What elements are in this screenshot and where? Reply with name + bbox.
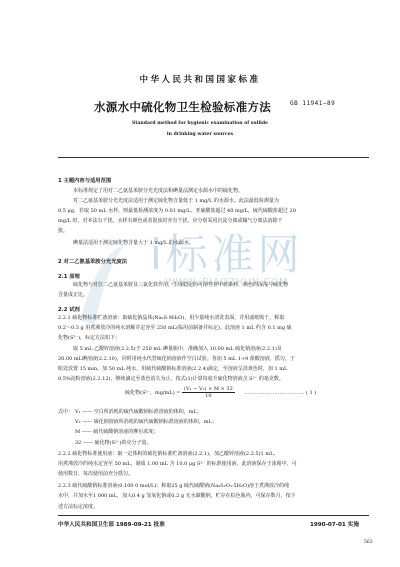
document-title: 水源水中硫化物卫生检验标准方法 bbox=[94, 99, 271, 115]
implementation-date: 1990-07-01 实施 bbox=[310, 520, 359, 528]
where-v1: V₁ —— 空白所消耗的硫代硫酸钠标准溶液的体积，mL； bbox=[75, 410, 202, 415]
formula-leader-dots: ……………………………… bbox=[244, 390, 304, 396]
section-2-1-heading: 2.1 原理 bbox=[58, 272, 80, 280]
paragraph: 暗处放置 15 min。加 50 mL 纯水，用硫代硫酸钠标准溶液(2.2.4)… bbox=[58, 367, 287, 372]
paragraph: 20.00 mL碘溶液(2.2.10)，同时用纯水代替硫化钠溶液作空白试验。各加… bbox=[58, 357, 295, 362]
section-2-2-heading: 2.2 试剂 bbox=[58, 305, 80, 313]
english-title-line1: Standard method for hygienic examination… bbox=[0, 121, 400, 126]
paragraph: 用煮沸放冷的纯水定容至 50 mL，制成 1.00 mL 含 10.0 μg S… bbox=[58, 462, 297, 467]
paragraph: 水中，并加水至1 000 mL，加入0.4 g 氢氧化钠或0.2 g 无水碳酸钠… bbox=[58, 494, 296, 499]
formula-denominator: 10 bbox=[182, 393, 235, 399]
paragraph: 含量成正比。 bbox=[58, 293, 88, 298]
paragraph: 化物(S²⁻)，标定方法如下： bbox=[58, 336, 120, 341]
paragraph: 取 5 mL 乙酸锌溶液(2.2.5)于 250 mL 碘量瓶中，准确加入 10… bbox=[73, 347, 282, 352]
section-2-heading: 2 对二乙氨基苯胺分光光度法 bbox=[58, 257, 127, 265]
paragraph: 述方法标定浓度。 bbox=[58, 505, 98, 510]
formula-lhs: 硫化物(S²⁻，mg/mL) = bbox=[125, 390, 180, 396]
where-32: 32 —— 硫化物(S²⁻)的克分子量。 bbox=[75, 441, 152, 446]
approval-line: 中华人民共和国卫生部 1989-09-21 批准 bbox=[58, 520, 165, 528]
footer-divider bbox=[58, 515, 369, 516]
paragraph: 0.5%淀粉溶液(2.2.12)，继续滴定至蓝色消失为止。按式(1)计算每毫升硫… bbox=[58, 377, 284, 382]
paragraph: 扰。 bbox=[58, 229, 68, 234]
header-divider bbox=[58, 157, 369, 158]
paragraph: 2.2.1 硫化物标准贮备溶液：取硫化钠晶体(Na₂S·9H₂O)，用少量纯水清… bbox=[58, 316, 284, 321]
paragraph: 硫化物与对位二乙氨基苯胺及三氯化铁作用，生成稳定的可溶性亚甲蓝染料，颜色的深浅与… bbox=[73, 283, 288, 288]
english-title-line2: in drinking water sources bbox=[0, 132, 400, 137]
standard-number: GB 11941—89 bbox=[290, 100, 335, 107]
paragraph: 使用数日，每次使用前充分摇匀。 bbox=[58, 472, 133, 477]
paragraph: 碘量法适用于测定硫化物含量大于 1 mg/L 的水源水。 bbox=[73, 241, 194, 246]
paragraph: 0.5 μg，若取 50 mL 水样，则最低检测浓度为 0.01 mg/L。亚硫… bbox=[58, 209, 296, 214]
where-intro: 式中： bbox=[58, 410, 73, 415]
formula-numerator: (V₁ − V₂) × M × 32 bbox=[182, 386, 235, 393]
formula-number: ( 1 ) bbox=[306, 390, 316, 396]
paragraph: 2.2.3 硫代硫酸钠标准溶液(0.100 0 mol/L)：称取25 g 硫代… bbox=[58, 484, 289, 489]
paragraph: 本标准规定了用对二乙氨基苯胺分光光度法和碘量法测定水源水中的硫化物。 bbox=[73, 189, 243, 194]
paragraph: 2.2.2 硫化物标准使用液：取一定体积的硫化钠标准贮备溶液(2.2.1)，加乙… bbox=[58, 452, 278, 457]
paragraph: mg/L 时，对本法有干扰。水样有颜色或者混浊时亦有干扰，应分别采用沉淀分离或曝… bbox=[58, 219, 283, 224]
formula-1: 硫化物(S²⁻，mg/mL) = (V₁ − V₂) × M × 32 10 …… bbox=[125, 386, 316, 399]
formula-fraction: (V₁ − V₂) × M × 32 10 bbox=[182, 386, 235, 399]
national-standard-label: 中华人民共和国国家标准 bbox=[0, 73, 400, 85]
section-1-heading: 1 主题内容与适用范围 bbox=[58, 176, 111, 184]
paragraph: 0.2～0.3 g 用煮沸放冷的纯水溶解并定容至 250 mL(临用前制备并标定… bbox=[58, 326, 292, 331]
page-number: 563 bbox=[364, 540, 373, 545]
watermark-logo: i标准网 bbox=[150, 222, 304, 282]
where-v2: V₂ —— 硫化钠溶液所消耗的硫代硫酸钠标准溶液的体积，mL； bbox=[75, 420, 217, 425]
paragraph: 对二乙氨基苯胺分光光度法适用于测定硫化物含量低于 1 mg/L 的水源水。此法最… bbox=[73, 199, 279, 204]
where-m: M —— 硫代硫酸钠溶液的摩尔浓度； bbox=[75, 430, 158, 435]
